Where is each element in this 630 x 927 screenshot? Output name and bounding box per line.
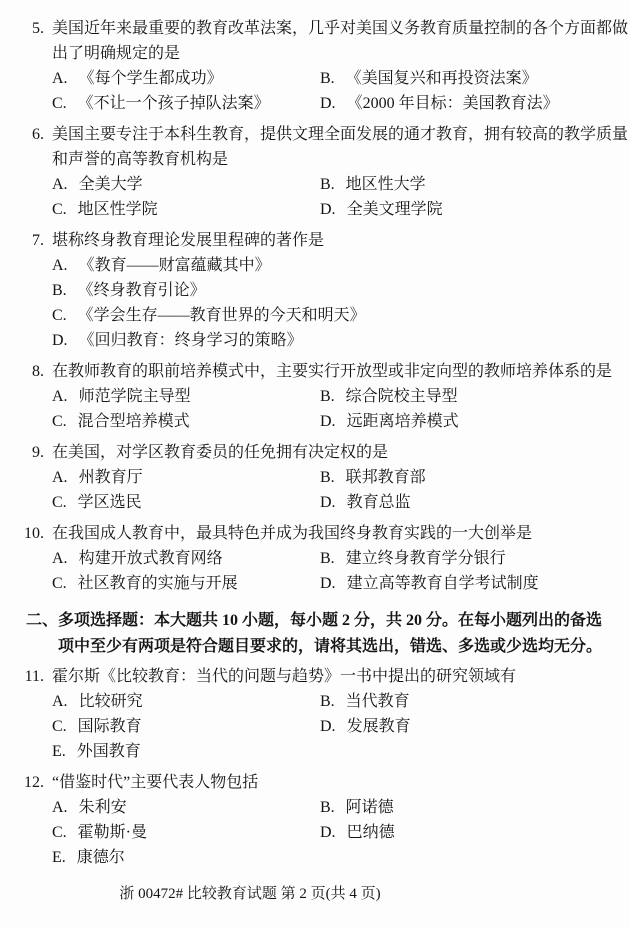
option-text: 《回归教育：终身学习的策略》 xyxy=(79,328,630,353)
option-label: E. xyxy=(52,845,66,870)
option-label: C. xyxy=(52,714,67,739)
option-label: C. xyxy=(52,490,67,515)
question-stem: 在美国，对学区教育委员的任免拥有决定权的是 xyxy=(52,440,630,465)
option-label: A. xyxy=(52,546,68,571)
section-label: 二、 xyxy=(26,608,58,660)
option-text: 外国教育 xyxy=(77,739,320,764)
question-stem-row: 5. 美国近年来最重要的教育改革法案，几乎对美国义务教育质量控制的各个方面都做出… xyxy=(0,16,630,66)
options-list: A.全美大学 B.地区性大学 C.地区性学院 D.全美文理学院 xyxy=(0,172,630,222)
question-11: 11. 霍尔斯《比较教育：当代的问题与趋势》一书中提出的研究领域有 A.比较研究… xyxy=(0,664,630,764)
question-stem-row: 10. 在我国成人教育中，最具特色并成为我国终身教育实践的一大创举是 xyxy=(0,521,630,546)
option-label: B. xyxy=(320,546,335,571)
question-12: 12. “借鉴时代”主要代表人物包括 A.朱利安 B.阿诺德 C.霍勒斯·曼 D… xyxy=(0,770,630,870)
option-d: D.远距离培养模式 xyxy=(320,409,630,434)
option-text: 《2000 年目标：美国教育法》 xyxy=(347,91,630,116)
option-text: 构建开放式教育网络 xyxy=(79,546,320,571)
option-text: 综合院校主导型 xyxy=(346,384,630,409)
option-a: A.比较研究 xyxy=(52,689,320,714)
option-a: A.构建开放式教育网络 xyxy=(52,546,320,571)
option-a: A.朱利安 xyxy=(52,795,320,820)
option-text: 康德尔 xyxy=(77,845,320,870)
option-label: A. xyxy=(52,689,68,714)
option-a: A.《教育——财富蕴藏其中》 xyxy=(52,253,630,278)
option-label: B. xyxy=(320,384,335,409)
option-e: E.康德尔 xyxy=(52,845,320,870)
option-text: 教育总监 xyxy=(347,490,630,515)
option-b: B.《美国复兴和再投资法案》 xyxy=(320,66,630,91)
option-text: 发展教育 xyxy=(347,714,630,739)
option-text: 远距离培养模式 xyxy=(347,409,630,434)
question-stem: 在我国成人教育中，最具特色并成为我国终身教育实践的一大创举是 xyxy=(52,521,630,546)
question-stem-row: 7. 堪称终身教育理论发展里程碑的著作是 xyxy=(0,228,630,253)
option-a: A.师范学院主导型 xyxy=(52,384,320,409)
option-c: C.混合型培养模式 xyxy=(52,409,320,434)
option-c: C.地区性学院 xyxy=(52,197,320,222)
option-label: A. xyxy=(52,253,68,278)
option-text: 州教育厅 xyxy=(79,465,320,490)
option-text: 当代教育 xyxy=(346,689,630,714)
option-label: B. xyxy=(52,278,67,303)
page-footer: 浙 00472# 比较教育试题 第 2 页(共 4 页) xyxy=(0,884,500,904)
option-b: B.建立终身教育学分银行 xyxy=(320,546,630,571)
option-label: B. xyxy=(320,66,335,91)
options-list: A.师范学院主导型 B.综合院校主导型 C.混合型培养模式 D.远距离培养模式 xyxy=(0,384,630,434)
question-9: 9. 在美国，对学区教育委员的任免拥有决定权的是 A.州教育厅 B.联邦教育部 … xyxy=(0,440,630,515)
question-number: 10. xyxy=(0,521,44,546)
option-text: 联邦教育部 xyxy=(346,465,630,490)
option-b: B.联邦教育部 xyxy=(320,465,630,490)
options-list: A.比较研究 B.当代教育 C.国际教育 D.发展教育 E.外国教育 xyxy=(0,689,630,764)
option-label: A. xyxy=(52,465,68,490)
option-a: A.《每个学生都成功》 xyxy=(52,66,320,91)
option-c: C.国际教育 xyxy=(52,714,320,739)
option-label: B. xyxy=(320,795,335,820)
option-text: 《教育——财富蕴藏其中》 xyxy=(79,253,630,278)
option-label: A. xyxy=(52,172,68,197)
question-stem-row: 11. 霍尔斯《比较教育：当代的问题与趋势》一书中提出的研究领域有 xyxy=(0,664,630,689)
option-text: 师范学院主导型 xyxy=(79,384,320,409)
option-c: C.学区选民 xyxy=(52,490,320,515)
option-d: D.《2000 年目标：美国教育法》 xyxy=(320,91,630,116)
option-label: D. xyxy=(320,571,336,596)
option-text: 《美国复兴和再投资法案》 xyxy=(346,66,630,91)
question-stem: 堪称终身教育理论发展里程碑的著作是 xyxy=(52,228,630,253)
question-number: 11. xyxy=(0,664,44,689)
option-d: D.建立高等教育自学考试制度 xyxy=(320,571,630,596)
option-text: 《每个学生都成功》 xyxy=(79,66,320,91)
section-2-header: 二、 多项选择题：本大题共 10 小题，每小题 2 分，共 20 分。在每小题列… xyxy=(0,608,630,660)
question-stem-row: 6. 美国主要专注于本科生教育，提供文理全面发展的通才教育，拥有较高的教学质量和… xyxy=(0,122,630,172)
question-7: 7. 堪称终身教育理论发展里程碑的著作是 A.《教育——财富蕴藏其中》 B.《终… xyxy=(0,228,630,353)
option-label: D. xyxy=(52,328,68,353)
option-label: D. xyxy=(320,197,336,222)
option-text: 霍勒斯·曼 xyxy=(78,820,320,845)
option-label: C. xyxy=(52,409,67,434)
option-text: 地区性大学 xyxy=(346,172,630,197)
option-b: B.当代教育 xyxy=(320,689,630,714)
question-8: 8. 在教师教育的职前培养模式中，主要实行开放型或非定向型的教师培养体系的是 A… xyxy=(0,359,630,434)
question-stem-row: 9. 在美国，对学区教育委员的任免拥有决定权的是 xyxy=(0,440,630,465)
option-text: 全美文理学院 xyxy=(347,197,630,222)
question-stem: 美国近年来最重要的教育改革法案，几乎对美国义务教育质量控制的各个方面都做出了明确… xyxy=(52,16,630,66)
option-text: 《不让一个孩子掉队法案》 xyxy=(78,91,320,116)
question-stem: 美国主要专注于本科生教育，提供文理全面发展的通才教育，拥有较高的教学质量和声誉的… xyxy=(52,122,630,172)
option-c: C.霍勒斯·曼 xyxy=(52,820,320,845)
option-text: 建立终身教育学分银行 xyxy=(346,546,630,571)
option-c: C.《学会生存——教育世界的今天和明天》 xyxy=(52,303,630,328)
options-list: A.《教育——财富蕴藏其中》 B.《终身教育引论》 C.《学会生存——教育世界的… xyxy=(0,253,630,353)
question-stem-row: 12. “借鉴时代”主要代表人物包括 xyxy=(0,770,630,795)
question-number: 9. xyxy=(0,440,44,465)
option-text: 阿诺德 xyxy=(346,795,630,820)
question-number: 12. xyxy=(0,770,44,795)
option-text: 地区性学院 xyxy=(78,197,320,222)
option-d: D.全美文理学院 xyxy=(320,197,630,222)
question-number: 8. xyxy=(0,359,44,384)
option-label: D. xyxy=(320,820,336,845)
option-text: 学区选民 xyxy=(78,490,320,515)
option-c: C.《不让一个孩子掉队法案》 xyxy=(52,91,320,116)
question-number: 6. xyxy=(0,122,44,147)
option-text: 比较研究 xyxy=(79,689,320,714)
option-text: 《终身教育引论》 xyxy=(78,278,630,303)
options-list: A.《每个学生都成功》 B.《美国复兴和再投资法案》 C.《不让一个孩子掉队法案… xyxy=(0,66,630,116)
option-b: B.阿诺德 xyxy=(320,795,630,820)
option-c: C.社区教育的实施与开展 xyxy=(52,571,320,596)
option-label: D. xyxy=(320,409,336,434)
option-label: C. xyxy=(52,91,67,116)
option-label: A. xyxy=(52,795,68,820)
option-label: D. xyxy=(320,714,336,739)
question-stem-row: 8. 在教师教育的职前培养模式中，主要实行开放型或非定向型的教师培养体系的是 xyxy=(0,359,630,384)
question-stem: 在教师教育的职前培养模式中，主要实行开放型或非定向型的教师培养体系的是 xyxy=(52,359,630,384)
option-d: D.发展教育 xyxy=(320,714,630,739)
option-b: B.地区性大学 xyxy=(320,172,630,197)
option-b: B.综合院校主导型 xyxy=(320,384,630,409)
option-label: D. xyxy=(320,490,336,515)
option-label: B. xyxy=(320,465,335,490)
option-d: D.《回归教育：终身学习的策略》 xyxy=(52,328,630,353)
option-text: 社区教育的实施与开展 xyxy=(78,571,320,596)
question-10: 10. 在我国成人教育中，最具特色并成为我国终身教育实践的一大创举是 A.构建开… xyxy=(0,521,630,596)
option-text: 国际教育 xyxy=(78,714,320,739)
option-label: C. xyxy=(52,571,67,596)
options-list: A.朱利安 B.阿诺德 C.霍勒斯·曼 D.巴纳德 E.康德尔 xyxy=(0,795,630,870)
question-5: 5. 美国近年来最重要的教育改革法案，几乎对美国义务教育质量控制的各个方面都做出… xyxy=(0,16,630,116)
option-label: C. xyxy=(52,197,67,222)
option-label: D. xyxy=(320,91,336,116)
option-b: B.《终身教育引论》 xyxy=(52,278,630,303)
question-number: 5. xyxy=(0,16,44,41)
option-text: 混合型培养模式 xyxy=(78,409,320,434)
option-label: C. xyxy=(52,820,67,845)
option-label: E. xyxy=(52,739,66,764)
question-6: 6. 美国主要专注于本科生教育，提供文理全面发展的通才教育，拥有较高的教学质量和… xyxy=(0,122,630,222)
option-label: A. xyxy=(52,66,68,91)
option-text: 巴纳德 xyxy=(347,820,630,845)
option-text: 《学会生存——教育世界的今天和明天》 xyxy=(78,303,630,328)
question-stem: 霍尔斯《比较教育：当代的问题与趋势》一书中提出的研究领域有 xyxy=(52,664,630,689)
option-d: D.教育总监 xyxy=(320,490,630,515)
option-label: B. xyxy=(320,172,335,197)
option-text: 全美大学 xyxy=(79,172,320,197)
option-text: 建立高等教育自学考试制度 xyxy=(347,571,630,596)
option-label: A. xyxy=(52,384,68,409)
option-text: 朱利安 xyxy=(79,795,320,820)
section-instructions: 多项选择题：本大题共 10 小题，每小题 2 分，共 20 分。在每小题列出的备… xyxy=(58,608,630,660)
exam-paper-page: 5. 美国近年来最重要的教育改革法案，几乎对美国义务教育质量控制的各个方面都做出… xyxy=(0,0,630,927)
option-a: A.州教育厅 xyxy=(52,465,320,490)
question-stem: “借鉴时代”主要代表人物包括 xyxy=(52,770,630,795)
option-e: E.外国教育 xyxy=(52,739,320,764)
option-label: C. xyxy=(52,303,67,328)
options-list: A.州教育厅 B.联邦教育部 C.学区选民 D.教育总监 xyxy=(0,465,630,515)
option-d: D.巴纳德 xyxy=(320,820,630,845)
options-list: A.构建开放式教育网络 B.建立终身教育学分银行 C.社区教育的实施与开展 D.… xyxy=(0,546,630,596)
option-label: B. xyxy=(320,689,335,714)
question-number: 7. xyxy=(0,228,44,253)
option-a: A.全美大学 xyxy=(52,172,320,197)
